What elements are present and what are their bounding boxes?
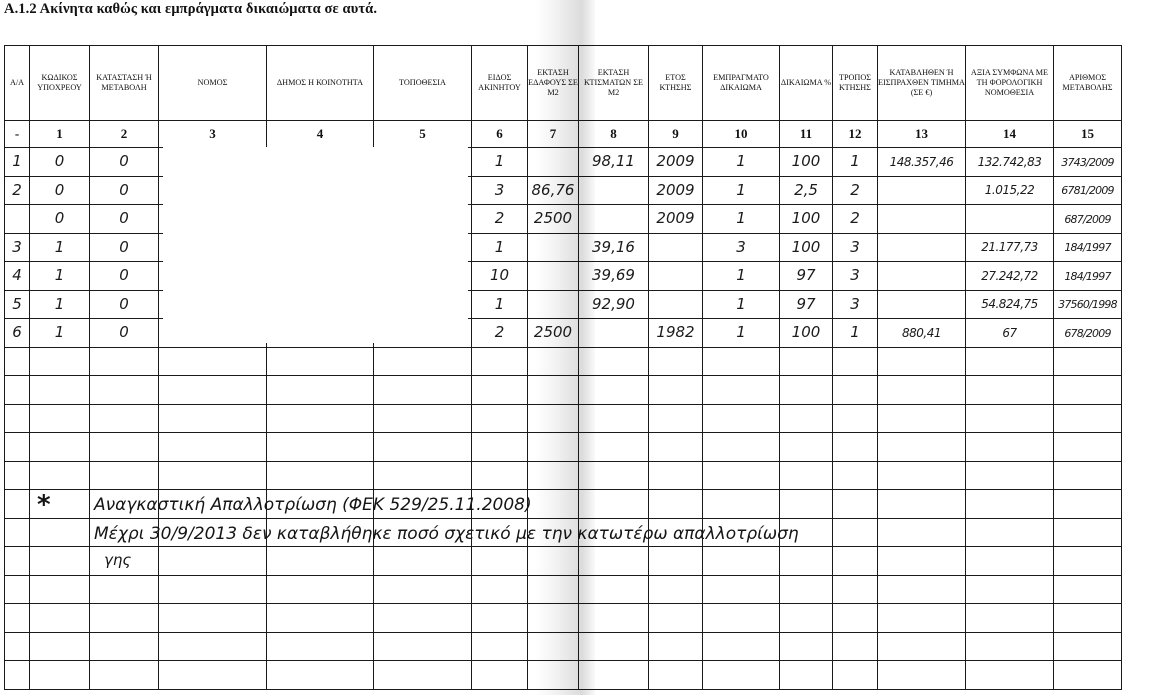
table-cell xyxy=(579,205,649,234)
empty-cell xyxy=(374,347,472,376)
table-cell: 3 xyxy=(472,176,528,205)
empty-cell xyxy=(1054,661,1122,690)
empty-cell xyxy=(528,575,579,604)
column-header: ΤΟΠΟΘΕΣΙΑ xyxy=(374,46,472,121)
handwritten-value: 132.742,83 xyxy=(978,155,1042,169)
table-cell: 97 xyxy=(780,290,833,319)
empty-cell xyxy=(472,661,528,690)
empty-cell xyxy=(649,575,703,604)
column-number: 5 xyxy=(374,121,472,148)
table-cell: 1 xyxy=(30,290,90,319)
empty-cell xyxy=(833,604,878,633)
handwritten-value: 2 xyxy=(850,209,860,227)
empty-cell xyxy=(159,575,267,604)
column-header: ΑΞΙΑ ΣΥΜΦΩΝΑ ΜΕ ΤΗ ΦΟΡΟΛΟΓΙΚΗ ΝΟΜΟΘΕΣΙΑ xyxy=(966,46,1054,121)
empty-row xyxy=(5,404,1122,433)
empty-cell xyxy=(833,461,878,490)
handwritten-value: 0 xyxy=(55,209,65,227)
handwritten-value: 1 xyxy=(736,295,746,313)
table-cell: 3743/2009 xyxy=(1054,148,1122,177)
empty-cell xyxy=(579,433,649,462)
empty-cell xyxy=(966,433,1054,462)
empty-cell xyxy=(703,547,780,576)
table-cell: 184/1997 xyxy=(1054,262,1122,291)
empty-cell xyxy=(703,376,780,405)
empty-cell xyxy=(30,404,90,433)
empty-cell xyxy=(878,604,966,633)
handwritten-value: 1 xyxy=(495,238,505,256)
handwritten-value: 4 xyxy=(12,266,22,284)
table-cell: 2,5 xyxy=(780,176,833,205)
empty-cell xyxy=(878,404,966,433)
handwritten-value: 2009 xyxy=(656,209,694,227)
table-cell: 1 xyxy=(703,319,780,348)
handwritten-value: 1 xyxy=(736,152,746,170)
handwritten-note-line-3: γης xyxy=(104,551,131,569)
empty-row xyxy=(5,604,1122,633)
handwritten-value: 678/2009 xyxy=(1064,327,1110,340)
property-table: Α/ΑΚΩΔΙΚΟΣ ΥΠΟΧΡΕΟΥΚΑΤΑΣΤΑΣΗ Ή ΜΕΤΑΒΟΛΗΝ… xyxy=(4,45,1122,690)
empty-cell xyxy=(579,376,649,405)
table-cell: 1 xyxy=(5,148,30,177)
table-cell: 184/1997 xyxy=(1054,233,1122,262)
handwritten-value: 1 xyxy=(850,323,860,341)
handwritten-value: 1 xyxy=(495,152,505,170)
empty-cell xyxy=(90,347,159,376)
column-number: 14 xyxy=(966,121,1054,148)
handwritten-value: 97 xyxy=(796,295,815,313)
column-header: ΕΜΠΡΑΓΜΑΤΟ ΔΙΚΑΙΩΜΑ xyxy=(703,46,780,121)
table-cell: 86,76 xyxy=(528,176,579,205)
handwritten-value: 1 xyxy=(55,238,65,256)
column-number: 6 xyxy=(472,121,528,148)
empty-cell xyxy=(90,404,159,433)
table-cell: 1 xyxy=(703,205,780,234)
handwritten-value: 2500 xyxy=(534,323,572,341)
empty-cell xyxy=(5,547,30,576)
empty-row xyxy=(5,547,1122,576)
empty-cell xyxy=(649,547,703,576)
empty-cell xyxy=(528,433,579,462)
column-number: 7 xyxy=(528,121,579,148)
empty-cell xyxy=(966,404,1054,433)
empty-cell xyxy=(966,632,1054,661)
empty-cell xyxy=(780,404,833,433)
empty-cell xyxy=(267,433,374,462)
handwritten-value: 98,11 xyxy=(592,152,635,170)
table-cell: 21.177,73 xyxy=(966,233,1054,262)
table-cell: 0 xyxy=(90,233,159,262)
table-cell: 1 xyxy=(833,319,878,348)
table-cell: 2 xyxy=(833,205,878,234)
table-cell: 0 xyxy=(30,176,90,205)
empty-cell xyxy=(528,632,579,661)
handwritten-value: 3 xyxy=(12,238,22,256)
handwritten-value: 2500 xyxy=(534,209,572,227)
table-cell: 1 xyxy=(703,262,780,291)
column-header: ΕΚΤΑΣΗ ΕΔΑΦΟΥΣ ΣΕ Μ2 xyxy=(528,46,579,121)
column-number: 8 xyxy=(579,121,649,148)
empty-cell xyxy=(649,661,703,690)
empty-cell xyxy=(30,547,90,576)
table-cell: 1982 xyxy=(649,319,703,348)
handwritten-note-line-2: Μέχρι 30/9/2013 δεν καταβλήθηκε ποσό σχε… xyxy=(94,524,799,544)
table-cell: 0 xyxy=(90,176,159,205)
empty-cell xyxy=(159,433,267,462)
handwritten-value: 1 xyxy=(736,209,746,227)
table-cell: 1 xyxy=(30,319,90,348)
column-number: 1 xyxy=(30,121,90,148)
empty-cell xyxy=(159,604,267,633)
table-cell: 54.824,75 xyxy=(966,290,1054,319)
empty-cell xyxy=(472,376,528,405)
empty-cell xyxy=(267,661,374,690)
handwritten-value: 880,41 xyxy=(902,326,941,340)
empty-cell xyxy=(528,347,579,376)
table-cell: 0 xyxy=(90,319,159,348)
table-cell: 132.742,83 xyxy=(966,148,1054,177)
empty-cell xyxy=(5,575,30,604)
table-cell: 2 xyxy=(833,176,878,205)
table-cell: 39,69 xyxy=(579,262,649,291)
table-cell: 2009 xyxy=(649,148,703,177)
table-cell: 3 xyxy=(5,233,30,262)
column-number: 15 xyxy=(1054,121,1122,148)
handwritten-value: 39,16 xyxy=(592,238,635,256)
empty-cell xyxy=(374,661,472,690)
empty-cell xyxy=(90,433,159,462)
empty-cell xyxy=(833,490,878,519)
empty-cell xyxy=(780,632,833,661)
empty-cell xyxy=(780,604,833,633)
table-cell xyxy=(878,290,966,319)
empty-cell xyxy=(833,347,878,376)
column-header: ΔΗΜΟΣ Η ΚΟΙΝΟΤΗΤΑ xyxy=(267,46,374,121)
table-cell: 1 xyxy=(703,148,780,177)
handwritten-value: 1 xyxy=(495,295,505,313)
table-cell: 1 xyxy=(703,290,780,319)
empty-cell xyxy=(878,490,966,519)
column-number-row: -123456789101112131415 xyxy=(5,121,1122,148)
table-cell xyxy=(579,319,649,348)
empty-cell xyxy=(579,404,649,433)
empty-cell xyxy=(90,376,159,405)
empty-cell xyxy=(374,604,472,633)
empty-cell xyxy=(703,347,780,376)
empty-cell xyxy=(1054,433,1122,462)
handwritten-value: 2009 xyxy=(656,152,694,170)
column-number: 3 xyxy=(159,121,267,148)
table-cell xyxy=(528,262,579,291)
empty-cell xyxy=(267,604,374,633)
table-cell: 0 xyxy=(30,148,90,177)
empty-cell xyxy=(267,575,374,604)
table-cell xyxy=(649,290,703,319)
table-cell: 1 xyxy=(30,233,90,262)
handwritten-value: 97 xyxy=(796,266,815,284)
table-cell xyxy=(649,233,703,262)
empty-cell xyxy=(966,376,1054,405)
table-cell xyxy=(528,290,579,319)
column-header: ΕΚΤΑΣΗ ΚΤΙΣΜΑΤΩΝ ΣΕ Μ2 xyxy=(579,46,649,121)
empty-cell xyxy=(966,604,1054,633)
handwritten-value: 27.242,72 xyxy=(981,269,1038,283)
handwritten-value: 1 xyxy=(55,266,65,284)
table-cell: 27.242,72 xyxy=(966,262,1054,291)
empty-cell xyxy=(579,632,649,661)
column-number: 13 xyxy=(878,121,966,148)
empty-cell xyxy=(90,461,159,490)
column-number: 12 xyxy=(833,121,878,148)
handwritten-value: 0 xyxy=(55,152,65,170)
empty-cell xyxy=(30,575,90,604)
table-cell xyxy=(5,205,30,234)
empty-cell xyxy=(30,604,90,633)
handwritten-value: 1 xyxy=(55,295,65,313)
handwritten-value: 0 xyxy=(119,209,129,227)
table-cell: 148.357,46 xyxy=(878,148,966,177)
empty-row xyxy=(5,461,1122,490)
table-cell: 2500 xyxy=(528,319,579,348)
handwritten-value: 148.357,46 xyxy=(890,155,954,169)
empty-cell xyxy=(374,433,472,462)
table-cell: 6781/2009 xyxy=(1054,176,1122,205)
table-cell: 3 xyxy=(703,233,780,262)
table-cell xyxy=(649,262,703,291)
handwritten-value: 100 xyxy=(792,152,821,170)
empty-cell xyxy=(5,347,30,376)
handwritten-value: 2 xyxy=(495,209,505,227)
empty-cell xyxy=(472,433,528,462)
handwritten-value: 0 xyxy=(119,266,129,284)
handwritten-value: 1 xyxy=(850,152,860,170)
table-cell: 10 xyxy=(472,262,528,291)
handwritten-value: 0 xyxy=(119,238,129,256)
table-cell xyxy=(579,176,649,205)
empty-cell xyxy=(833,376,878,405)
handwritten-value: 5 xyxy=(12,295,22,313)
empty-cell xyxy=(780,490,833,519)
empty-cell xyxy=(30,661,90,690)
column-number: 11 xyxy=(780,121,833,148)
table-cell: 2009 xyxy=(649,176,703,205)
empty-cell xyxy=(703,632,780,661)
empty-cell xyxy=(30,518,90,547)
table-cell: 1 xyxy=(472,233,528,262)
empty-cell xyxy=(5,376,30,405)
handwritten-value: 2009 xyxy=(656,181,694,199)
empty-row xyxy=(5,632,1122,661)
table-cell: 2 xyxy=(5,176,30,205)
table-cell: 97 xyxy=(780,262,833,291)
empty-cell xyxy=(374,376,472,405)
table-cell: 92,90 xyxy=(579,290,649,319)
empty-cell xyxy=(703,433,780,462)
empty-cell xyxy=(159,347,267,376)
empty-cell xyxy=(649,347,703,376)
empty-cell xyxy=(528,547,579,576)
empty-cell xyxy=(5,433,30,462)
empty-cell xyxy=(878,575,966,604)
empty-cell xyxy=(579,575,649,604)
handwritten-value: 1 xyxy=(736,181,746,199)
empty-cell xyxy=(878,347,966,376)
table-cell: 0 xyxy=(30,205,90,234)
table-cell: 4 xyxy=(5,262,30,291)
empty-cell xyxy=(5,604,30,633)
column-header: ΕΤΟΣ ΚΤΗΣΗΣ xyxy=(649,46,703,121)
table-cell: 1 xyxy=(833,148,878,177)
handwritten-value: 2,5 xyxy=(794,181,818,199)
handwritten-value: 21.177,73 xyxy=(981,240,1038,254)
empty-cell xyxy=(5,490,30,519)
empty-cell xyxy=(5,518,30,547)
table-cell: 3 xyxy=(833,290,878,319)
empty-cell xyxy=(472,604,528,633)
empty-cell xyxy=(1054,604,1122,633)
handwritten-value: 2 xyxy=(12,181,22,199)
handwritten-value: 3 xyxy=(495,181,505,199)
handwritten-value: 6 xyxy=(12,323,22,341)
empty-cell xyxy=(5,461,30,490)
empty-cell xyxy=(703,461,780,490)
empty-cell xyxy=(649,632,703,661)
empty-cell xyxy=(374,575,472,604)
table-cell: 678/2009 xyxy=(1054,319,1122,348)
empty-cell xyxy=(833,518,878,547)
handwritten-value: 184/1997 xyxy=(1064,241,1110,254)
empty-cell xyxy=(1054,461,1122,490)
column-header: ΝΟΜΟΣ xyxy=(159,46,267,121)
handwritten-value: 3 xyxy=(850,295,860,313)
column-header: ΔΙΚΑΙΩΜΑ % xyxy=(780,46,833,121)
empty-cell xyxy=(780,376,833,405)
table-cell: 1 xyxy=(472,290,528,319)
empty-cell xyxy=(579,461,649,490)
header-row: Α/ΑΚΩΔΙΚΟΣ ΥΠΟΧΡΕΟΥΚΑΤΑΣΤΑΣΗ Ή ΜΕΤΑΒΟΛΗΝ… xyxy=(5,46,1122,121)
empty-cell xyxy=(780,461,833,490)
empty-cell xyxy=(579,347,649,376)
empty-cell xyxy=(90,632,159,661)
handwritten-value: 6781/2009 xyxy=(1061,184,1114,197)
empty-cell xyxy=(833,404,878,433)
handwritten-value: 1.015,22 xyxy=(985,183,1034,197)
table-cell: 2 xyxy=(472,319,528,348)
empty-cell xyxy=(528,490,579,519)
table-cell xyxy=(528,148,579,177)
handwritten-value: 54.824,75 xyxy=(981,297,1038,311)
table-cell: 2500 xyxy=(528,205,579,234)
empty-cell xyxy=(966,661,1054,690)
empty-cell xyxy=(780,347,833,376)
empty-cell xyxy=(579,604,649,633)
handwritten-value: 3743/2009 xyxy=(1061,156,1114,169)
table-cell: 1 xyxy=(30,262,90,291)
empty-cell xyxy=(833,661,878,690)
table-cell: 39,16 xyxy=(579,233,649,262)
handwritten-value: 100 xyxy=(792,238,821,256)
empty-cell xyxy=(159,661,267,690)
table-cell: 0 xyxy=(90,205,159,234)
empty-cell xyxy=(833,632,878,661)
table-cell: 100 xyxy=(780,148,833,177)
handwritten-value: 1 xyxy=(12,152,22,170)
handwritten-value: 0 xyxy=(55,181,65,199)
empty-cell xyxy=(267,461,374,490)
empty-cell xyxy=(579,661,649,690)
column-header: ΤΡΟΠΟΣ ΚΤΗΣΗΣ xyxy=(833,46,878,121)
handwritten-value: 39,69 xyxy=(592,266,635,284)
handwritten-value: 37560/1998 xyxy=(1058,298,1117,311)
handwritten-value: 0 xyxy=(119,152,129,170)
section-title: Α.1.2 Ακίνητα καθώς και εμπράγματα δικαι… xyxy=(4,1,377,18)
empty-cell xyxy=(878,661,966,690)
empty-cell xyxy=(159,376,267,405)
empty-cell xyxy=(528,661,579,690)
empty-cell xyxy=(30,433,90,462)
empty-cell xyxy=(472,547,528,576)
handwritten-value: 3 xyxy=(850,238,860,256)
empty-cell xyxy=(966,518,1054,547)
table-cell: 687/2009 xyxy=(1054,205,1122,234)
redacted-area xyxy=(163,147,468,343)
empty-cell xyxy=(703,575,780,604)
handwritten-value: 3 xyxy=(736,238,746,256)
empty-cell xyxy=(472,404,528,433)
table-cell: 100 xyxy=(780,233,833,262)
table-cell: 0 xyxy=(90,290,159,319)
table-cell xyxy=(528,233,579,262)
empty-cell xyxy=(780,433,833,462)
empty-cell xyxy=(528,376,579,405)
handwritten-value: 2 xyxy=(850,181,860,199)
empty-cell xyxy=(374,461,472,490)
empty-row xyxy=(5,376,1122,405)
empty-cell xyxy=(528,404,579,433)
empty-cell xyxy=(374,404,472,433)
column-number: 4 xyxy=(267,121,374,148)
empty-cell xyxy=(472,575,528,604)
table-cell xyxy=(878,176,966,205)
empty-cell xyxy=(703,661,780,690)
empty-cell xyxy=(90,575,159,604)
handwritten-value: 184/1997 xyxy=(1064,270,1110,283)
table-cell: 37560/1998 xyxy=(1054,290,1122,319)
empty-cell xyxy=(5,661,30,690)
empty-cell xyxy=(878,433,966,462)
empty-cell xyxy=(966,575,1054,604)
table-cell: 100 xyxy=(780,205,833,234)
handwritten-value: 67 xyxy=(1002,326,1016,340)
handwritten-value: 1982 xyxy=(656,323,694,341)
empty-cell xyxy=(649,604,703,633)
empty-cell xyxy=(703,604,780,633)
empty-cell xyxy=(579,547,649,576)
table-cell: 6 xyxy=(5,319,30,348)
empty-cell xyxy=(833,575,878,604)
table-cell xyxy=(878,262,966,291)
column-number: 9 xyxy=(649,121,703,148)
table-cell: 1.015,22 xyxy=(966,176,1054,205)
empty-cell xyxy=(780,547,833,576)
empty-cell xyxy=(1054,490,1122,519)
handwritten-value: 86,76 xyxy=(532,181,575,199)
empty-cell xyxy=(1054,347,1122,376)
empty-cell xyxy=(649,404,703,433)
empty-cell xyxy=(30,376,90,405)
handwritten-value: 2 xyxy=(495,323,505,341)
empty-row xyxy=(5,347,1122,376)
